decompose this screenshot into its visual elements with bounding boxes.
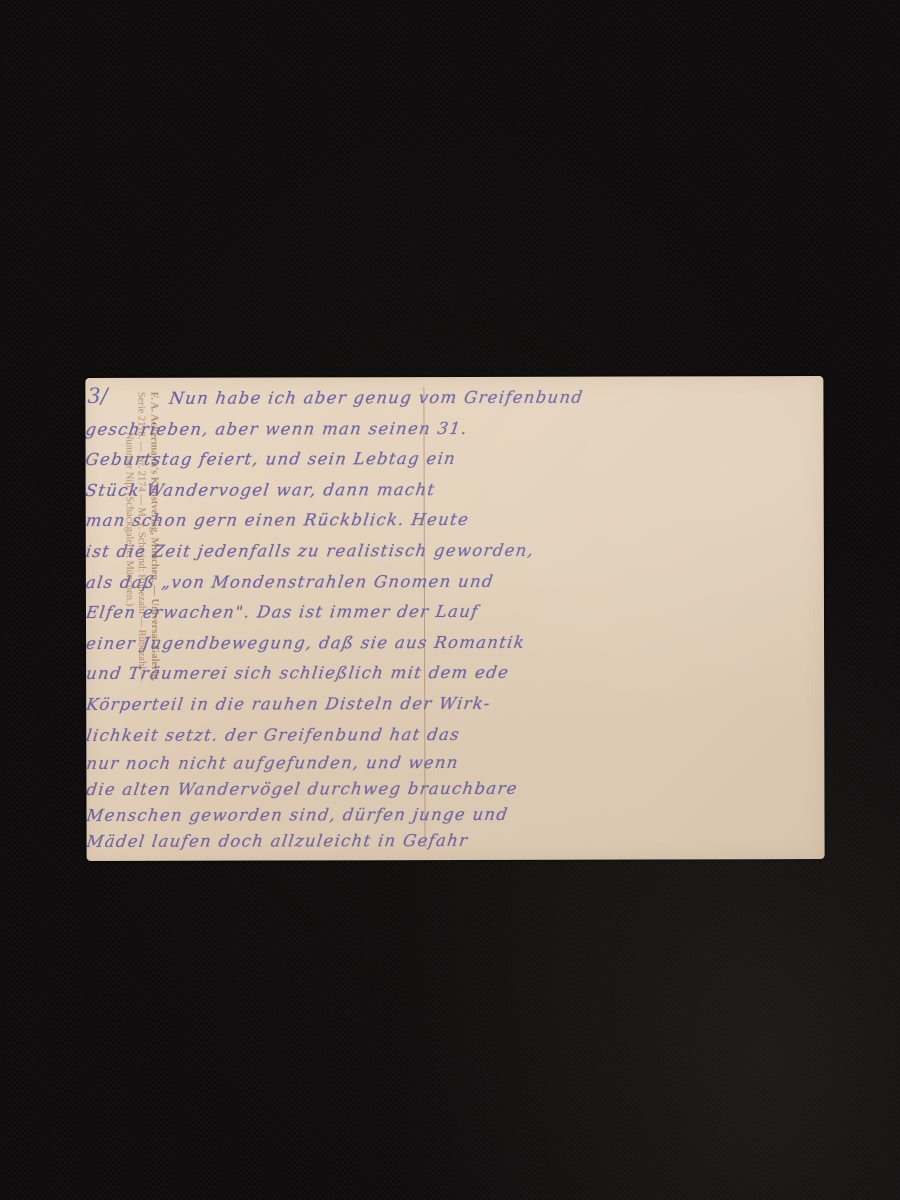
handwriting-line: Menschen geworden sind, dürfen junge und xyxy=(85,801,822,829)
handwriting-line: Stück Wandervogel war, dann macht xyxy=(85,474,821,507)
handwriting-line: Körperteil in die rauhen Disteln der Wir… xyxy=(85,688,822,721)
handwriting-line: die alten Wandervögel durchweg brauchbar… xyxy=(85,775,822,803)
handwritten-letter: Nun habe ich aber genug vom Greifenbund … xyxy=(169,382,820,855)
handwriting-line: als daß „von Mondenstrahlen Gnomen und xyxy=(85,566,822,599)
handwriting-line: nur noch nicht aufgefunden, und wenn xyxy=(85,749,822,777)
handwriting-line: einer Jugendbewegung, daß sie aus Romant… xyxy=(85,627,822,660)
handwriting-line: Geburtstag feiert, und sein Lebtag ein xyxy=(85,443,821,476)
handwriting-line: Mädel laufen doch allzuleicht in Gefahr xyxy=(85,827,822,855)
handwriting-line: man schon gern einen Rückblick. Heute xyxy=(85,504,821,537)
handwriting-line: und Träumerei sich schließlich mit dem e… xyxy=(85,657,822,690)
postcard: F. A. Ackermann's Kunstverlag, München. … xyxy=(85,376,824,861)
handwriting-line: ist die Zeit jedenfalls zu realistisch g… xyxy=(85,535,822,568)
handwriting-line: Elfen erwachen". Das ist immer der Lauf xyxy=(85,596,822,629)
handwriting-line: Nun habe ich aber genug vom Greifenbund xyxy=(167,382,821,414)
handwriting-line: geschrieben, aber wenn man seinen 31. xyxy=(85,413,821,446)
page-number: 3/ xyxy=(87,384,108,408)
handwriting-line: lichkeit setzt. der Greifenbund hat das xyxy=(85,719,822,752)
